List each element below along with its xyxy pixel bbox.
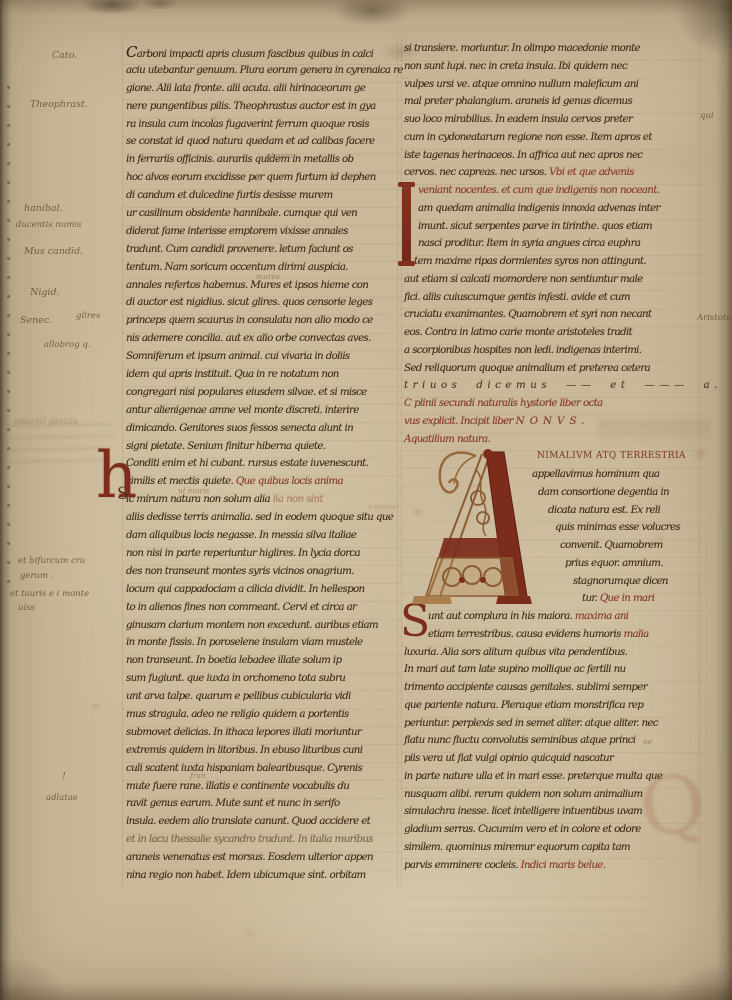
text-line: nis ademere concilia. aut ex alio orbe c… <box>126 330 394 348</box>
pricking-dot <box>7 580 10 583</box>
text-segment: convenit. Quamobrem <box>560 539 663 551</box>
text-segment: piis vera ut fiat vulgi opinio quicquid … <box>404 752 613 764</box>
text-segment: non sunt lupi. nec in creta insula. Ibi … <box>404 60 627 72</box>
text-segment: et in lacu thessalie sycandro tradunt. I… <box>126 833 373 845</box>
pricking-dot <box>7 523 10 526</box>
text-line: antur alienigenae amne vel monte discret… <box>126 402 394 420</box>
text-segment: stagnorumque dicen <box>573 575 668 587</box>
text-segment: eos. Contra in latmo carie monte aristot… <box>404 326 632 338</box>
text-segment: gladium serras. Cucumim vero et in color… <box>404 823 641 835</box>
pricking-dot <box>7 276 10 279</box>
pricking-dot <box>7 162 10 165</box>
text-line: similem. quominus miremur equorum capita… <box>404 839 696 857</box>
text-line: Sed reliquorum quoque animalium et prete… <box>404 360 696 378</box>
text-line: ra insula cum incolas fugaverint ferrum … <box>126 116 394 134</box>
text-line: idem qui apris instituit. Qua in re nota… <box>126 366 394 384</box>
text-segment: Indici maris belue. <box>521 859 606 871</box>
text-line: cruciatu exanimantes. Quamobrem et syri … <box>404 306 696 324</box>
text-line: gione. Alii lata fronte. alii acuta. ali… <box>126 80 394 98</box>
text-segment: si transiere. moriuntur. In olimpo maced… <box>404 42 640 54</box>
text-segment: tentum. Nam soricum occentum dirimi ausp… <box>126 261 348 273</box>
text-line: insula. eedem alio translate canunt. Quo… <box>126 813 394 831</box>
text-segment: prius equor. amnium. <box>565 557 663 569</box>
text-line: des non transeunt montes syris vicinos o… <box>126 563 394 581</box>
text-segment: in monte fissis. In poroselene insulam v… <box>126 636 362 648</box>
margin-note-adlatae: adlatae <box>46 793 78 803</box>
text-line: etiam terrestribus. causa evidens humori… <box>404 626 696 644</box>
text-line: que pariente natura. Pleraque etiam mons… <box>404 697 696 715</box>
text-line: nasci proditur. Item in syria angues cir… <box>404 235 696 253</box>
text-segment: non nisi in parte reperiuntur higlires. … <box>126 547 360 559</box>
text-segment: mus stragula. adeo ne religio quidem a p… <box>126 708 349 720</box>
text-segment: gione. Alii lata fronte. alii acuta. ali… <box>126 82 365 94</box>
text-line: culi scatent iuxta hispaniam balearibusq… <box>126 760 394 778</box>
text-segment: que pariente natura. Pleraque etiam mons… <box>404 699 643 711</box>
text-segment: C <box>126 43 137 61</box>
text-segment: flatu nunc fluctu convolutis seminibus a… <box>404 734 635 746</box>
text-line: nere pungentibus pilis. Theophrastus auc… <box>126 98 394 116</box>
text-segment: unt arva talpe. quarum e pellibus cubicu… <box>126 690 351 702</box>
text-segment: di auctor est nigidius. sicut glires. qu… <box>126 296 372 308</box>
text-segment: maxima ani <box>575 610 628 622</box>
text-segment: quis minimas esse volucres <box>555 521 680 533</box>
pricking-dot <box>7 257 10 260</box>
text-line: dimicando. Genitores suos fessos senecta… <box>126 420 394 438</box>
pricking-dot <box>7 371 10 374</box>
text-segment: vulpes ursi ve. atque omnino nullum male… <box>404 78 638 90</box>
margin-note-mustel: a mustel <box>368 503 398 511</box>
margin-note-bifurcum-1: et bifurcum cru <box>18 556 85 566</box>
text-line: ginusam clarium montem non excedunt. aur… <box>126 617 394 635</box>
text-segment: tradunt. Cum candidi provenere. letum fa… <box>126 243 353 255</box>
text-line: trimento accipiente causas genitales. su… <box>404 679 696 697</box>
pricking-dot <box>7 333 10 336</box>
manuscript-page: Q Carboni impacti apris clusum fascibus … <box>0 0 732 1000</box>
text-segment: vus explicit. Incipit liber <box>404 415 516 427</box>
text-segment: submovet delicias. In ithaca lepores ill… <box>126 726 361 738</box>
margin-note-nigid: Nigid. <box>30 287 60 298</box>
text-segment: C plinii secundi naturalis hystorie libe… <box>404 397 603 409</box>
text-segment: trimento accipiente causas genitales. su… <box>404 681 647 693</box>
text-line: extremis quidem in litoribus. In ebuso l… <box>126 742 394 760</box>
text-line: aciu utebantur genuum. Plura eorum gener… <box>126 62 394 80</box>
text-line: periuntur. perplexis sed in semet aliter… <box>404 715 696 733</box>
text-segment: veniant nocentes. et cum que indigenis n… <box>418 184 659 196</box>
text-segment: hoc alvos eorum excidisse per quem furtu… <box>126 171 376 183</box>
margin-note-faded: sparsil pietas <box>14 416 78 427</box>
text-line: princeps quem scaurus in consulatu non a… <box>126 312 394 330</box>
text-line: hoc alvos eorum excidisse per quem furtu… <box>126 169 394 187</box>
text-line: sum fugiunt. que iuxta in orchomeno tota… <box>126 670 394 688</box>
text-line: parvis emminere cocleis. Indici maris be… <box>404 857 696 875</box>
pricking-dot <box>7 485 10 488</box>
decorated-initial-a <box>406 446 532 614</box>
text-segment: culi scatent iuxta hispaniam balearibusq… <box>126 762 362 774</box>
text-segment: antur alienigenae amne vel monte discret… <box>126 404 359 416</box>
text-line: et in lacu thessalie sycandro tradunt. I… <box>126 831 394 849</box>
margin-note-bifurcum-2: gerum . <box>20 571 53 581</box>
text-segment: nasci proditur. Item in syria angues cir… <box>418 237 640 249</box>
text-line: in monte fissis. In poroselene insulam v… <box>126 634 394 652</box>
pricking-dot <box>7 504 10 507</box>
margin-note-tauris-2: uiss <box>18 603 35 613</box>
text-segment: Que in mari <box>600 592 654 604</box>
text-segment: se constat id quod natura quedam et ad c… <box>126 135 374 147</box>
text-segment: tem maxime ripas dormientes syros non at… <box>414 255 646 267</box>
margin-note-cato: Cato. <box>52 50 77 61</box>
text-segment: mal preter phalangium. araneis id genus … <box>404 95 632 107</box>
text-segment: non transeunt. In boetia lebadee illate … <box>126 654 341 666</box>
margin-note-hanibal: hanibal. <box>24 203 63 214</box>
margin-note-glires: glires <box>76 311 100 321</box>
text-segment: dam aliquibus locis negasse. In messia s… <box>126 529 356 541</box>
text-segment: locum qui cappadociam a cilicia dividit.… <box>126 583 364 595</box>
text-line: vulpes ursi ve. atque omnino nullum male… <box>404 76 696 94</box>
text-line: eos. Contra in latmo carie monte aristot… <box>404 324 696 342</box>
interlinear-gloss: ne <box>643 737 652 746</box>
text-segment: di candum et dulcedine furtis desisse mu… <box>126 189 333 201</box>
text-segment: similem. quominus miremur equorum capita… <box>404 841 630 853</box>
text-segment: Vbi et que advenis <box>549 166 634 178</box>
text-segment: am quedam animalia indigenis innoxia adv… <box>418 202 660 214</box>
text-segment: cervos. nec capreas. nec ursos. <box>404 166 549 178</box>
pricking-dot <box>7 238 10 241</box>
text-line: submovet delicias. In ithaca lepores ill… <box>126 724 394 742</box>
pricking-dot <box>7 105 10 108</box>
text-line: non sunt lupi. nec in creta insula. Ibi … <box>404 58 696 76</box>
text-line: di auctor est nigidius. sicut glires. qu… <box>126 294 394 312</box>
text-line: Somniferum et ipsum animal. cui vivaria … <box>126 348 394 366</box>
text-line: locum qui cappadociam a cilicia dividit.… <box>126 581 394 599</box>
text-line: fici. aliis cuiuscumque gentis infesti. … <box>404 289 696 307</box>
text-segment: NONVS. <box>516 415 590 427</box>
text-segment: appellavimus hominum qua <box>532 468 659 480</box>
decorated-initial-a-art <box>406 446 532 610</box>
pricking-dot <box>7 447 10 450</box>
text-line: di candum et dulcedine furtis desisse mu… <box>126 187 394 205</box>
text-segment: Conditi enim et hi cubant. rursus estate… <box>126 457 368 469</box>
text-line: Conditi enim et hi cubant. rursus estate… <box>126 455 394 473</box>
pricking-dot <box>7 352 10 355</box>
text-segment: NIMALIVM ATQ TERRESTRIA <box>537 451 686 461</box>
text-segment: fici. aliis cuiuscumque gentis infesti. … <box>404 291 630 303</box>
text-line: si transiere. moriuntur. In olimpo maced… <box>404 40 696 58</box>
text-line: mal preter phalangium. araneis id genus … <box>404 93 696 111</box>
text-segment: luxuria. Alia sors alitum quibus vita pe… <box>404 646 627 658</box>
guide-letter-s: S <box>117 484 129 504</box>
ruling-line <box>397 36 398 886</box>
text-line: ur casilinum obsidente hannibale. cumque… <box>126 205 394 223</box>
text-segment: ic mirum natura non solum alia <box>126 493 273 505</box>
text-segment: ra insula cum incolas fugaverint ferrum … <box>126 118 369 130</box>
text-line: mus stragula. adeo ne religio quidem a p… <box>126 706 394 724</box>
text-line: nina regio non habet. Idem ubicumque sin… <box>126 867 394 885</box>
text-segment: parvis emminere cocleis. <box>404 859 521 871</box>
text-segment: cruciatu exanimantes. Quamobrem et syri … <box>404 308 651 320</box>
interlinear-gloss: mures <box>256 272 280 281</box>
text-segment: In mari aut tam late supino mollique ac … <box>404 663 626 675</box>
text-segment: diderat fame interisse emptorem vixisse … <box>126 225 348 237</box>
margin-mark-exclamation: ! <box>62 771 66 782</box>
text-segment: signi pietate. Senium finitur hiberna qu… <box>126 440 325 452</box>
text-line: simulachra inesse. licet intelligere int… <box>404 803 696 821</box>
text-segment: idem qui apris instituit. Qua in re nota… <box>126 368 339 380</box>
text-segment: dam consortione degentia in <box>538 486 669 498</box>
pricking-dot <box>7 295 10 298</box>
text-segment: in ferrariis officinis. aurariis quidem … <box>126 153 353 165</box>
text-segment: insula. eedem alio translate canunt. Quo… <box>126 815 370 827</box>
pricking-dot <box>7 314 10 317</box>
bleed-through-smudge <box>408 896 648 948</box>
text-column-left: Carboni impacti apris clusum fascibus qu… <box>126 44 394 885</box>
margin-note-qui: qui <box>700 111 714 121</box>
text-segment: Sed reliquorum quoque animalium et prete… <box>404 362 650 374</box>
text-line: suo loco mirabilius. In eadem insula cer… <box>404 111 696 129</box>
text-segment: imunt. sicut serpentes parve in tirinthe… <box>418 220 652 232</box>
text-segment: nis ademere concilia. aut ex alio orbe c… <box>126 332 371 344</box>
text-line: imunt. sicut serpentes parve in tirinthe… <box>404 218 696 236</box>
text-line: piis vera ut fiat vulgi opinio quicquid … <box>404 750 696 768</box>
text-segment: nusquam alibi. rerum quidem non solum an… <box>404 788 642 800</box>
text-segment: lia non sint <box>273 493 323 505</box>
text-segment: annales refertos habemus. Mures et ipsos… <box>126 279 368 291</box>
text-line: cervos. nec capreas. nec ursos. Vbi et q… <box>404 164 696 182</box>
text-segment: in parte nature ulla et in mari esse. pr… <box>404 770 662 782</box>
text-line: ravit genus earum. Mute sunt et nunc in … <box>126 795 394 813</box>
text-line: araneis venenatus est morsus. Eosdem ult… <box>126 849 394 867</box>
pricking-dot <box>7 219 10 222</box>
text-line: triuos dicemus —— et ——— a. p. <box>404 377 696 395</box>
text-line: in ferrariis officinis. aurariis quidem … <box>126 151 394 169</box>
text-line: veniant nocentes. et cum que indigenis n… <box>404 182 696 200</box>
text-segment: des non transeunt montes syris vicinos o… <box>126 565 354 577</box>
text-segment: iste tagenas herinaceos. In affrica aut … <box>404 149 642 161</box>
pricking-dot <box>7 542 10 545</box>
text-line: in parte nature ulla et in mari esse. pr… <box>404 768 696 786</box>
pricking-dot <box>7 124 10 127</box>
pricking-dot <box>7 200 10 203</box>
text-line: non transeunt. In boetia lebadee illate … <box>126 652 394 670</box>
text-line: dam aliquibus locis negasse. In messia s… <box>126 527 394 545</box>
text-line: aliis dedisse terris animalia. sed in eo… <box>126 509 394 527</box>
text-segment: cum in cydoneatarum regione non esse. It… <box>404 131 652 143</box>
text-segment: etiam terrestribus. causa evidens humori… <box>428 628 623 640</box>
text-segment: triuos dicemus —— et ——— a. p. <box>404 379 732 391</box>
text-segment: ur casilinum obsidente hannibale. cumque… <box>126 207 357 219</box>
text-line: gladium serras. Cucumim vero et in color… <box>404 821 696 839</box>
pricking-dot <box>7 428 10 431</box>
pricking-dot <box>7 466 10 469</box>
text-line: tradunt. Cum candidi provenere. letum fa… <box>126 241 394 259</box>
margin-note-allobrog: allobrog q. <box>44 340 91 350</box>
pricking-dot <box>7 561 10 564</box>
margin-note-tauris-1: et tauris e i monte <box>10 589 89 599</box>
margin-note-aristotel: Aristotel <box>697 313 732 323</box>
pricking-dot <box>7 181 10 184</box>
text-segment: aut etiam si calcati momordere non senti… <box>404 273 642 285</box>
interlinear-gloss: ul aurar <box>266 151 297 160</box>
interlinear-gloss: fran <box>190 771 206 780</box>
text-segment: suo loco mirabilius. In eadem insula cer… <box>404 113 632 125</box>
text-line: tem maxime ripas dormientes syros non at… <box>404 253 696 271</box>
pricking-dot <box>7 143 10 146</box>
text-line: se constat id quod natura quedam et ad c… <box>126 133 394 151</box>
text-segment: dicata natura est. Ex reli <box>548 504 660 516</box>
text-segment: to in alienos fines non commeant. Cervi … <box>126 601 356 613</box>
text-line: mute fuere rane. illatis e continente vo… <box>126 778 394 796</box>
text-line: unt arva talpe. quarum e pellibus cubicu… <box>126 688 394 706</box>
pricking-dot <box>7 409 10 412</box>
text-segment: extremis quidem in litoribus. In ebuso l… <box>126 744 362 756</box>
text-segment: araneis venenatus est morsus. Eosdem ult… <box>126 851 373 863</box>
text-line: In mari aut tam late supino mollique ac … <box>404 661 696 679</box>
margin-note-senec: Senec. <box>20 315 52 326</box>
text-segment: ginusam clarium montem non excedunt. aur… <box>126 619 378 631</box>
text-line: nusquam alibi. rerum quidem non solum an… <box>404 786 696 804</box>
text-line: iste tagenas herinaceos. In affrica aut … <box>404 147 696 165</box>
text-segment: Que quibus locis anima <box>236 475 343 487</box>
text-line: C plinii secundi naturalis hystorie libe… <box>404 395 696 413</box>
text-line: ic mirum natura non solum alia lia non s… <box>126 491 394 509</box>
text-line: aut etiam si calcati momordere non senti… <box>404 271 696 289</box>
text-segment: mute fuere rane. illatis e continente vo… <box>126 780 349 792</box>
text-segment: sum fugiunt. que iuxta in orchomeno tota… <box>126 672 345 684</box>
text-segment: ravit genus earum. Mute sunt et nunc in … <box>126 797 339 809</box>
text-segment: princeps quem scaurus in consulatu non a… <box>126 314 373 326</box>
text-segment: periuntur. perplexis sed in semet aliter… <box>404 717 658 729</box>
text-segment: aliis dedisse terris animalia. sed in eo… <box>126 511 393 523</box>
text-line: diderat fame interisse emptorem vixisse … <box>126 223 394 241</box>
text-line: non nisi in parte reperiuntur higlires. … <box>126 545 394 563</box>
margin-note-mus-candid: Mus candid. <box>24 246 83 257</box>
text-segment: nere pungentibus pilis. Theophrastus auc… <box>126 100 376 112</box>
text-line: am quedam animalia indigenis innoxia adv… <box>404 200 696 218</box>
text-segment: Somniferum et ipsum animal. cui vivaria … <box>126 350 350 362</box>
text-segment: congregari nisi populares eiusdem silvae… <box>126 386 367 398</box>
pricking-dot <box>7 390 10 393</box>
text-line: Carboni impacti apris clusum fascibus qu… <box>126 44 394 62</box>
text-segment: arboni impacti apris clusum fascibus qui… <box>137 48 373 60</box>
pricking-dot <box>7 86 10 89</box>
text-segment: aciu utebantur genuum. Plura eorum gener… <box>126 64 403 76</box>
interlinear-gloss: ul muris <box>178 486 209 495</box>
text-line: a scorpionibus hospites non ledi. indige… <box>404 342 696 360</box>
text-segment: malia <box>623 628 648 640</box>
text-segment: simulachra inesse. licet intelligere int… <box>404 805 642 817</box>
text-segment: a scorpionibus hospites non ledi. indige… <box>404 344 641 356</box>
text-line: congregari nisi populares eiusdem silvae… <box>126 384 394 402</box>
text-line: to in alienos fines non commeant. Cervi … <box>126 599 394 617</box>
text-line: signi pietate. Senium finitur hiberna qu… <box>126 438 394 456</box>
decorated-initial-i <box>402 185 411 263</box>
text-line: luxuria. Alia sors alitum quibus vita pe… <box>404 644 696 662</box>
text-segment: dimicando. Genitores suos fessos senecta… <box>126 422 353 434</box>
text-segment: nina regio non habet. Idem ubicumque sin… <box>126 869 366 881</box>
margin-note-theophrast: Theophrast. <box>30 99 88 110</box>
margin-note-ducentis: ducentis numis <box>16 220 81 230</box>
text-segment: tur. <box>582 592 600 604</box>
text-segment: Aquatilium natura. <box>404 433 490 445</box>
text-line: vus explicit. Incipit liber NONVS. <box>404 413 696 431</box>
text-line: cum in cydoneatarum regione non esse. It… <box>404 129 696 147</box>
text-line: similis et mectis quiete. Que quibus loc… <box>126 473 394 491</box>
ruling-line <box>401 36 402 886</box>
